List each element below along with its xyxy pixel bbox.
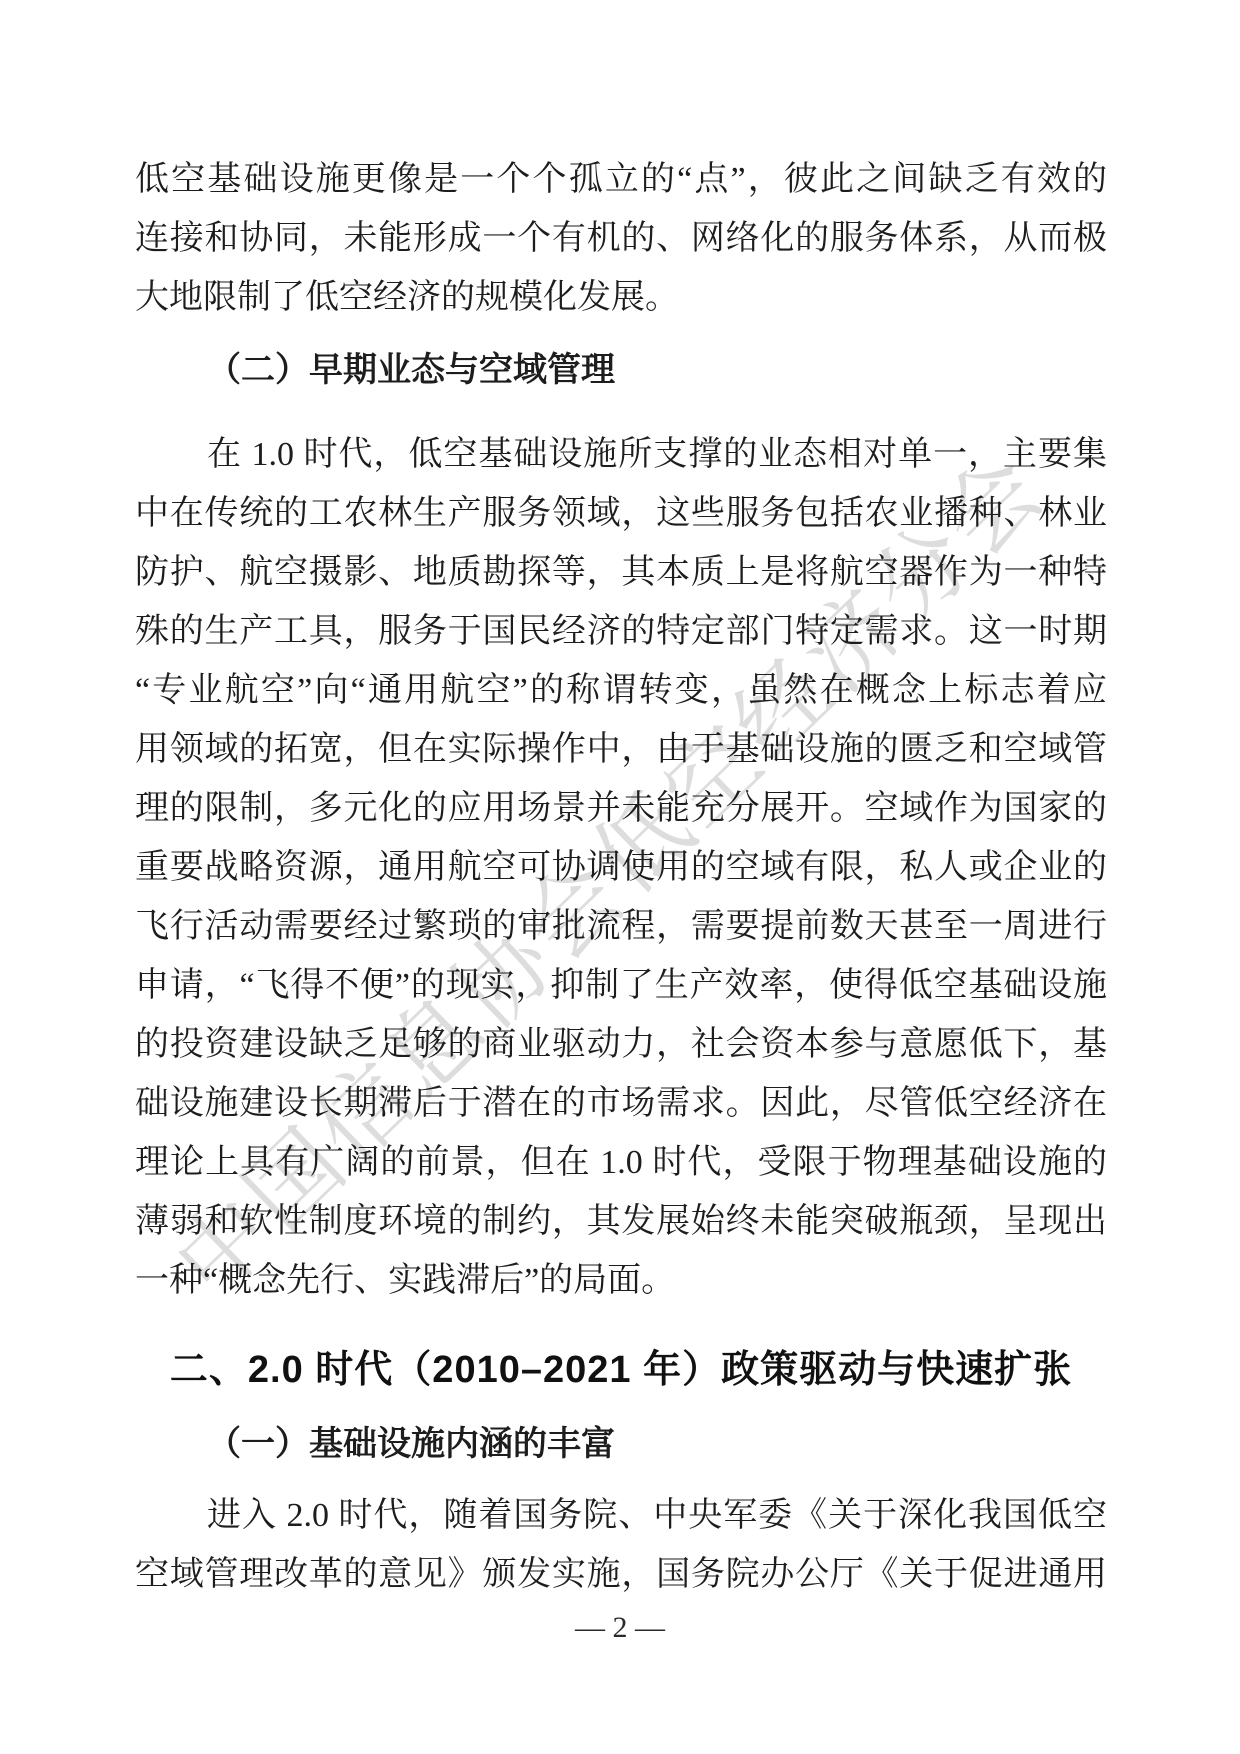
text-line: 用领域的拓宽，但在实际操作中，由于基础设施的匮乏和空域管 xyxy=(135,720,1107,779)
text-line: 础设施建设长期滞后于潜在的市场需求。因此，尽管低空经济在 xyxy=(135,1074,1107,1133)
text-line: 中在传统的工农林生产服务领域，这些服务包括农业播种、林业 xyxy=(135,484,1107,543)
section-heading-early-business: （二）早期业态与空域管理 xyxy=(135,341,1107,400)
paragraph-2: 在 1.0 时代，低空基础设施所支撑的业态相对单一，主要集 中在传统的工农林生产… xyxy=(135,425,1107,1310)
text-line: 空域管理改革的意见》颁发实施，国务院办公厅《关于促进通用 xyxy=(135,1545,1107,1604)
text-line: 低空基础设施更像是一个个孤立的“点”，彼此之间缺乏有效的 xyxy=(135,150,1107,209)
text-line: 在 1.0 时代，低空基础设施所支撑的业态相对单一，主要集 xyxy=(135,425,1107,484)
text-line: 殊的生产工具，服务于国民经济的特定部门特定需求。这一时期 xyxy=(135,602,1107,661)
text-line: 理的限制，多元化的应用场景并未能充分展开。空域作为国家的 xyxy=(135,779,1107,838)
text-line: 薄弱和软性制度环境的制约，其发展始终未能突破瓶颈，呈现出 xyxy=(135,1192,1107,1251)
section-heading-infrastructure-enrichment: （一）基础设施内涵的丰富 xyxy=(135,1415,1107,1474)
paragraph-1: 低空基础设施更像是一个个孤立的“点”，彼此之间缺乏有效的 连接和协同，未能形成一… xyxy=(135,150,1107,327)
text-line: “专业航空”向“通用航空”的称谓转变，虽然在概念上标志着应 xyxy=(135,661,1107,720)
chapter-heading-2-0-era: 二、2.0 时代（2010–2021 年）政策驱动与快速扩张 xyxy=(135,1340,1107,1400)
text-line: 进入 2.0 时代，随着国务院、中央军委《关于深化我国低空 xyxy=(135,1486,1107,1545)
document-body: 低空基础设施更像是一个个孤立的“点”，彼此之间缺乏有效的 连接和协同，未能形成一… xyxy=(135,150,1107,1604)
text-line: 的投资建设缺乏足够的商业驱动力，社会资本参与意愿低下，基 xyxy=(135,1015,1107,1074)
text-line: 重要战略资源，通用航空可协调使用的空域有限，私人或企业的 xyxy=(135,838,1107,897)
text-line: 大地限制了低空经济的规模化发展。 xyxy=(135,268,1107,327)
paragraph-3: 进入 2.0 时代，随着国务院、中央军委《关于深化我国低空 空域管理改革的意见》… xyxy=(135,1486,1107,1604)
text-line: 防护、航空摄影、地质勘探等，其本质上是将航空器作为一种特 xyxy=(135,543,1107,602)
document-page: 中国信息协会低空经济分会 低空基础设施更像是一个个孤立的“点”，彼此之间缺乏有效… xyxy=(0,0,1240,1754)
text-line: 申请，“飞得不便”的现实，抑制了生产效率，使得低空基础设施 xyxy=(135,956,1107,1015)
page-number: — 2 — xyxy=(0,1606,1240,1650)
text-line: 一种“概念先行、实践滞后”的局面。 xyxy=(135,1251,1107,1310)
text-line: 飞行活动需要经过繁琐的审批流程，需要提前数天甚至一周进行 xyxy=(135,897,1107,956)
text-line: 连接和协同，未能形成一个有机的、网络化的服务体系，从而极 xyxy=(135,209,1107,268)
text-line: 理论上具有广阔的前景，但在 1.0 时代，受限于物理基础设施的 xyxy=(135,1133,1107,1192)
